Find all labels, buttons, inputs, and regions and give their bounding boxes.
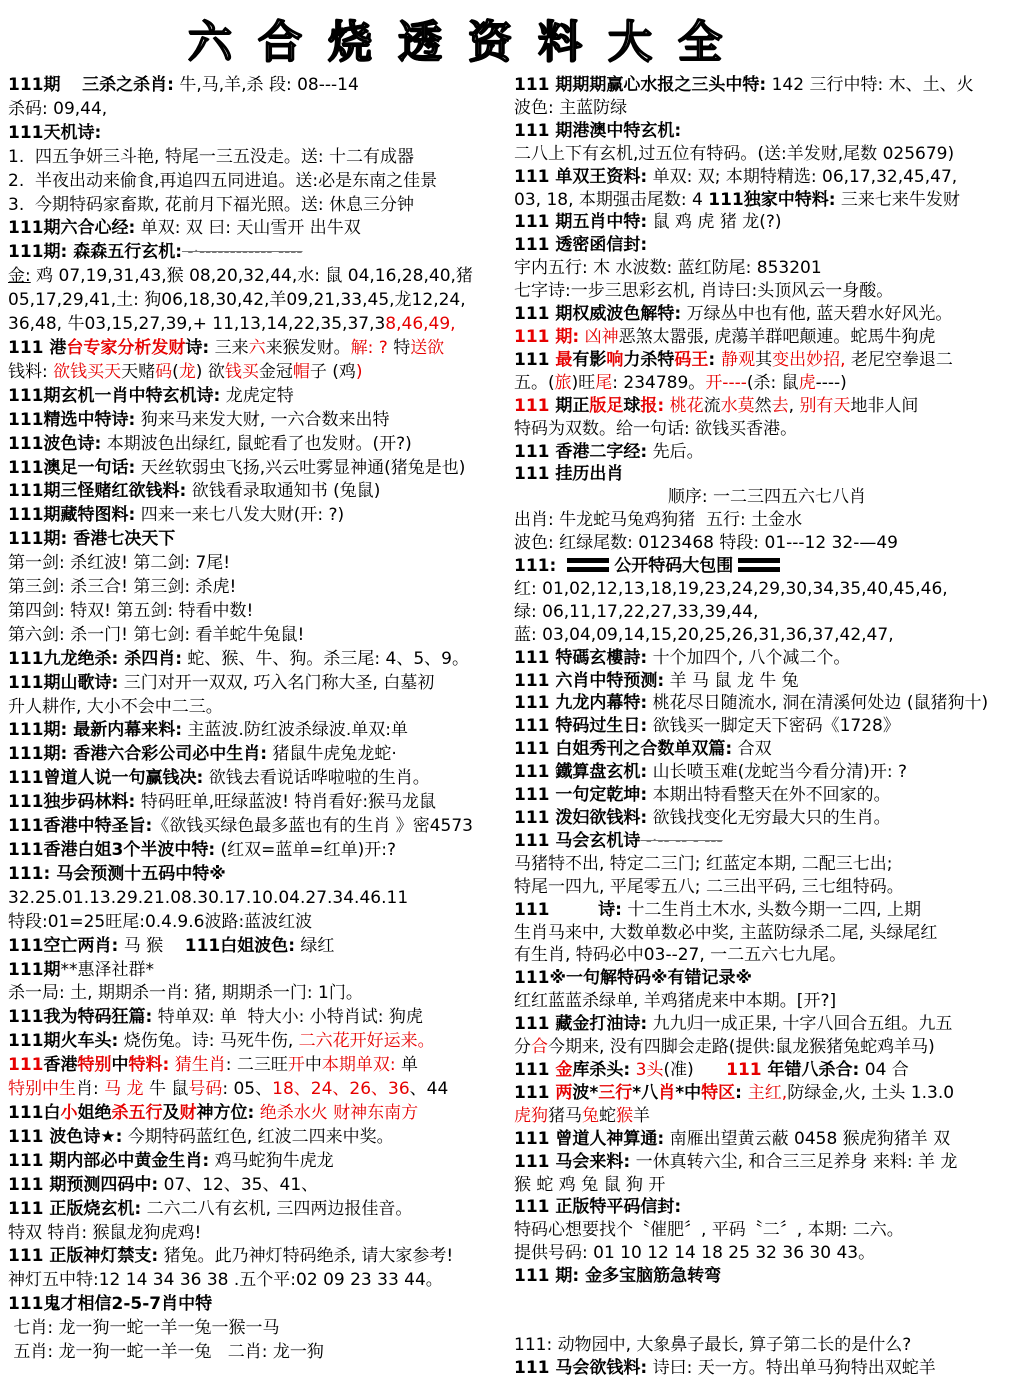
text-segment: 111期: 森森五行玄机:: [8, 242, 182, 262]
text-segment: (: [172, 362, 179, 382]
text-line: 111 鐵算盘玄机: 山长喷玉难(龙蛇当今看分清)开: ?: [514, 761, 1020, 784]
text-segment: 合: [531, 1037, 548, 1057]
text-segment: 七字诗:一步三思彩玄机, 肖诗曰:头顶风云一身酸。: [514, 281, 893, 301]
text-line: 111 透密函信封:: [514, 234, 1020, 257]
text-segment: 111期: [8, 960, 61, 980]
text-line: 111 九龙内幕特: 桃花尽日随流水, 洞在清溪何处边 (鼠猪狗十): [514, 692, 1020, 715]
text-segment: :: [708, 350, 721, 370]
text-segment: 111 马会玄机诗: [514, 831, 640, 851]
text-line: 111期藏特图料: 四来一来七八发大财(开: ?): [8, 504, 514, 528]
text-segment: 波色: 主蓝防绿: [514, 98, 627, 118]
text-segment: 神灯五中特:12 14 34 36 38 .五个平:02 09 23 33 44…: [8, 1270, 443, 1290]
text-line: 111 期期期赢心水报之三头中特: 142 三行中特: 木、土、火: [514, 74, 1020, 97]
text-line: 金: 鸡 07,19,31,43,猴 08,20,32,44,水: 鼠 04,1…: [8, 265, 514, 289]
text-segment: 分: [514, 1037, 531, 1057]
text-line: 111精选中特诗: 狗来马来发大财, 一六合数来出特: [8, 409, 514, 433]
text-segment: 绿红: [295, 936, 334, 956]
text-segment: 牛 鼠: [149, 1079, 188, 1099]
text-line: 111 特碼玄樓詩: 十个加四个, 八个减二个。: [514, 647, 1020, 670]
text-line: 马猪特不出, 特定二三门; 红蓝定本期, 二配三七出;: [514, 853, 1020, 876]
text-segment: 绿: 06,11,17,22,27,33,39,44,: [514, 602, 758, 622]
text-line: 111 特码过生日: 欲钱买一脚定天下密码《1728》: [514, 715, 1020, 738]
text-line: 神灯五中特:12 14 34 36 38 .五个平:02 09 23 33 44…: [8, 1269, 514, 1293]
text-segment: 肖:: [76, 1079, 104, 1099]
text-segment: 111九龙绝杀: 杀四肖:: [8, 649, 182, 669]
text-segment: 猴 蛇 鸡 兔 鼠 狗 开: [514, 1175, 665, 1195]
text-segment: 诗曰: 天一方。特出单马狗特出双蛇羊: [647, 1358, 936, 1378]
text-line: 第四剑: 特双! 第五剑: 特看中数!: [8, 600, 514, 624]
text-segment: 特尾一四九, 平尾零五八; 二三出平码, 三七组特码。: [514, 877, 904, 897]
text-segment: 升人耕作, 大小不会中二三。: [8, 697, 223, 717]
text-segment: 出肖: 牛龙蛇马兔鸡狗猪 五行: 土金水: [514, 510, 802, 530]
text-line: 111 金库杀头: 3头(准) 111 年错八杀合: 04 合: [514, 1059, 1020, 1082]
heavy-bar-icon: [567, 558, 609, 572]
text-segment: 防绿金,火, 土头 1.3.0: [787, 1083, 954, 1103]
text-line: 111 期港澳中特玄机:: [514, 120, 1020, 143]
text-line: 绿: 06,11,17,22,27,33,39,44,: [514, 601, 1020, 624]
text-segment: 03, 18, 本期强击尾数: 4: [514, 190, 708, 210]
text-segment: 111:: [514, 556, 562, 576]
text-segment: 年错八杀合:: [768, 1060, 860, 1080]
text-line: 升人耕作, 大小不会中二三。: [8, 696, 514, 720]
text-segment: 111白: [8, 1103, 61, 1123]
text-segment: 2. 半夜出动来偷食,再追四五同进追。送:必是东南之佳景: [8, 171, 437, 191]
text-segment: 欲钱找变化无穷最大只的生肖。: [647, 808, 890, 828]
text-segment: 三来: [209, 338, 248, 358]
text-line: 111澳足一句话: 天丝软弱虫飞扬,兴云吐雾显神通(猪兔是也): [8, 457, 514, 481]
text-segment: 欲钱去看说话哗啦啦的生肖。: [203, 768, 429, 788]
text-line: 111香港白姐3个半波中特: (红双=蓝单=红单)开:?: [8, 839, 514, 863]
text-segment: 111期: 香港七决天下: [8, 529, 175, 549]
text-segment: 版足: [589, 396, 623, 416]
text-segment: 单: [396, 1055, 418, 1075]
text-segment: 山长喷玉难(龙蛇当今看分清)开: ?: [647, 762, 907, 782]
text-segment: 111我为特码狂篇:: [8, 1007, 152, 1027]
text-segment: 帽: [293, 362, 310, 382]
page-title: 六合烧透资料大全: [188, 6, 748, 70]
text-segment: 财: [180, 1103, 197, 1123]
text-segment: 蓝: 03,04,09,14,15,20,25,26,31,36,37,42,4…: [514, 625, 894, 645]
text-segment: 111鬼才相信2-5-7肖中特: [8, 1294, 212, 1314]
text-segment: 111 鐵算盘玄机:: [514, 762, 647, 782]
text-segment: 马 猴: [118, 936, 184, 956]
text-segment: 111 白姐秀刊之合数单双篇:: [514, 739, 732, 759]
text-line: 生肖马来中, 大数单数必中奖, 主蓝防绿杀二尾, 头绿尾红: [514, 922, 1020, 945]
text-line: 111白小姐绝杀五行及财神方位: 绝杀水火 财神东南方: [8, 1102, 514, 1126]
text-segment: 主蓝波.防红波杀绿波.单双:单: [182, 720, 408, 740]
text-segment: (红双=蓝单=红单)开:?: [215, 840, 396, 860]
text-segment: 猪马: [548, 1106, 582, 1126]
text-segment: 凶神: [579, 327, 618, 347]
text-segment: 特码心想要找个〝催肥〞, 平码〝二〞, 本期: 二六。: [514, 1220, 904, 1240]
text-segment: 111期: 香港六合彩公司必中生肖:: [8, 744, 267, 764]
text-line: 五肖: 龙一狗一蛇一羊一兔 二肖: 龙一狗: [8, 1341, 514, 1365]
text-segment: 111 期权威波色解特:: [514, 304, 681, 324]
text-segment: 111澳足一句话:: [8, 458, 135, 478]
text-segment: 111期: 最新内幕来料:: [8, 720, 182, 740]
text-line: 有生肖, 特码必中03--27, 一二五六七九尾。: [514, 944, 1020, 967]
text-segment: 开: [288, 1055, 305, 1075]
text-segment: 111 期五肖中特:: [514, 212, 647, 232]
text-segment: 天丝软弱虫飞扬,兴云吐雾显神通(猪兔是也): [135, 458, 465, 478]
text-segment: 码: [155, 362, 172, 382]
text-segment: 万绿丛中也有他, 蓝天碧水好风光。: [681, 304, 952, 324]
text-line: 36,48, 牛03,15,27,39,+ 11,13,14,22,35,37,…: [8, 313, 514, 337]
text-line: 111期**惠泽社群*: [8, 959, 514, 983]
text-segment: 三行: [598, 1083, 632, 1103]
text-line: 111期火车头: 烧伤兔。诗: 马死牛伤, 二六花开好运来。: [8, 1030, 514, 1054]
text-segment: 四来一来七八发大财(开: ?): [135, 505, 344, 525]
text-segment: ----): [816, 373, 847, 393]
text-line: 111九龙绝杀: 杀四肖: 蛇、猴、牛、狗。杀三尾: 4、5、9。: [8, 648, 514, 672]
text-segment: 142 三行中特: 木、土、火: [766, 75, 973, 95]
text-segment: 111: [514, 396, 555, 416]
text-segment: 111※一句解特码※有错记录※: [514, 968, 752, 988]
text-line: 111 正版烧玄机: 二六二八有玄机, 三四两边报佳音。: [8, 1198, 514, 1222]
text-segment: (准): [663, 1060, 726, 1080]
text-segment: 07、12、35、41、: [158, 1175, 318, 1195]
text-segment: 111 正版特平码信封:: [514, 1197, 681, 1217]
text-segment: 去: [772, 396, 789, 416]
text-line: 111 泼妇欲钱料: 欲钱找变化无穷最大只的生肖。: [514, 807, 1020, 830]
text-segment: 静观: [721, 350, 755, 370]
text-segment: 111 期预测四码中:: [8, 1175, 158, 1195]
text-segment: 五肖: 龙一狗一蛇一羊一兔 二肖: 龙一狗: [8, 1342, 324, 1362]
text-segment: 3头: [630, 1060, 663, 1080]
text-segment: 猪鼠牛虎兔龙蛇·: [267, 744, 397, 764]
text-segment: 十二生肖土木水, 头数今期一二四, 上期: [622, 900, 921, 920]
text-line: 第六剑: 杀一门! 第七剑: 看羊蛇牛兔鼠!: [8, 624, 514, 648]
text-segment: 第四剑: 特双! 第五剑: 特看中数!: [8, 601, 253, 621]
text-line: 波色: 红绿尾数: 0123468 特段: 01---12 32-—49: [514, 532, 1020, 555]
text-segment: 响: [606, 350, 623, 370]
text-segment: 金:: [8, 266, 31, 286]
text-segment: [61, 75, 83, 95]
text-line: 虎狗猪马兔蛇猴羊: [514, 1105, 1020, 1128]
text-segment: 特段:01=25旺尾:0.4.9.6波路:蓝波红波: [8, 912, 312, 932]
text-segment: 111期藏特图料:: [8, 505, 135, 525]
text-segment: 111: [514, 350, 555, 370]
text-segment: 本期波色出绿红, 鼠蛇看了也发财。(开?): [101, 434, 412, 454]
text-segment: *八: [632, 1083, 658, 1103]
text-line: 七字诗:一步三思彩玄机, 肖诗曰:头顶风云一身酸。: [514, 280, 1020, 303]
text-segment: 第一剑: 杀红波! 第二剑: 7尾!: [8, 553, 230, 573]
text-segment: 红红蓝蓝杀绿单, 羊鸡猪虎来中本期。[开?]: [514, 991, 836, 1011]
text-segment: 流: [704, 396, 721, 416]
text-segment: 111 马会来料:: [514, 1152, 630, 1172]
text-segment: 猜生肖: [169, 1055, 225, 1075]
text-line: 五。(旅)旺尾: 234789。开----(杀: 鼠虎----): [514, 372, 1020, 395]
text-segment: 龙: [179, 362, 196, 382]
text-line: 顺序: 一二三四五六七八肖: [514, 486, 1020, 509]
text-segment: 金: [555, 1060, 572, 1080]
text-segment: 九九归一成正果, 十字八回合五组。九五: [647, 1014, 952, 1034]
text-line: 111 期: 金多宝脑筋急转弯: [514, 1265, 1020, 1288]
text-segment: 地非人间: [850, 396, 918, 416]
text-segment: 水莫: [721, 396, 755, 416]
text-segment: 111独家中特料:: [708, 190, 835, 210]
text-segment: 111 藏金打油诗:: [514, 1014, 647, 1034]
text-segment: 送欲: [410, 338, 444, 358]
text-line: 111 一句定乾坤: 本期出特看整天在外不回家的。: [514, 784, 1020, 807]
text-segment: 今期特码蓝红色, 红波二四来中奖。: [122, 1127, 393, 1147]
text-segment: 天赌: [121, 362, 155, 382]
text-segment: 鼠 鸡 虎 猪 龙(?): [647, 212, 781, 232]
text-segment: 111 特碼玄樓詩:: [514, 648, 647, 668]
text-line: 第一剑: 杀红波! 第二剑: 7尾!: [8, 552, 514, 576]
text-segment: 《欲钱买绿色最多蓝也有的生肖 》密4573: [152, 816, 473, 836]
text-segment: 球: [623, 396, 640, 416]
text-line: 111: 动物园中, 大象鼻子最长, 算子第二长的是什么?: [514, 1334, 1020, 1357]
text-segment: 金冠: [259, 362, 293, 382]
text-segment: 南雁出望黄云蔽 0458 猴虎狗猪羊 双: [664, 1129, 950, 1149]
text-segment: 8,46,49,: [385, 314, 455, 334]
text-segment: 111期玄机一肖中特玄机诗:: [8, 386, 220, 406]
text-segment: 111 香港二字经:: [514, 442, 647, 462]
text-line: 111: 公开特码大包围: [514, 555, 1020, 578]
text-segment: 虎狗: [514, 1106, 548, 1126]
text-line: 111 期内部必中黄金生肖: 鸡马蛇狗牛虎龙: [8, 1150, 514, 1174]
text-line: 特段:01=25旺尾:0.4.9.6波路:蓝波红波: [8, 911, 514, 935]
text-segment: 鸡马蛇狗牛虎龙: [209, 1151, 333, 1171]
text-segment: 天: [833, 396, 850, 416]
text-segment: 鸡 07,19,31,43,猴 08,20,32,44,水: 鼠 04,16,2…: [31, 266, 473, 286]
text-segment: 三门对开一双双, 巧入名门称大圣, 白墓初: [118, 673, 434, 693]
text-segment: 特单双: 单 特大小: 小特肖试: 狗虎: [152, 1007, 423, 1027]
text-segment: 猪兔。此乃神灯特码绝杀, 请大家参考!: [158, 1246, 453, 1266]
text-segment: 18、24、26、36: [272, 1079, 410, 1099]
text-line: 111 曾道人神算通: 南雁出望黄云蔽 0458 猴虎狗猪羊 双: [514, 1128, 1020, 1151]
text-segment: 111期: [8, 75, 61, 95]
text-segment: 一休真转六尘, 和合三三足养身 来料: 羊 龙: [630, 1152, 957, 1172]
text-line: 111 正版神灯禁支: 猪兔。此乃神灯特码绝杀, 请大家参考!: [8, 1245, 514, 1269]
text-segment: 单双: 双 曰: 天山雪开 出牛双: [135, 218, 360, 238]
text-segment: 中: [305, 1055, 322, 1075]
text-segment: 111: [514, 1060, 555, 1080]
text-segment: 单双: 双; 本期特精选: 06,17,32,45,47,: [647, 167, 957, 187]
text-line: 猴 蛇 鸡 兔 鼠 狗 开: [514, 1174, 1020, 1197]
text-segment: 最: [555, 350, 572, 370]
text-segment: -·------------ ----: [182, 242, 303, 262]
text-segment: 1. 四五争妍三斗艳, 特尾一三五没走。送: 十二有成器: [8, 147, 414, 167]
text-line: 03, 18, 本期强击尾数: 4 111独家中特料: 三来七来牛发财: [514, 189, 1020, 212]
text-segment: 111 期期期赢心水报之三头中特:: [514, 75, 766, 95]
text-line: 111 期五肖中特: 鼠 鸡 虎 猪 龙(?): [514, 211, 1020, 234]
text-line: 111期三怪赌红欲钱料: 欲钱看录取通知书 (兔鼠): [8, 480, 514, 504]
text-segment: 特料:: [129, 1055, 170, 1075]
text-line: [514, 1288, 1020, 1311]
text-segment: 特: [393, 338, 410, 358]
text-segment: 第三剑: 杀三合! 第三剑: 杀虎!: [8, 577, 236, 597]
text-segment: 111: [514, 900, 550, 920]
text-segment: 羊 马 鼠 龙 牛 兔: [664, 671, 798, 691]
text-segment: 力杀特: [623, 350, 674, 370]
text-line: 111 期预测四码中: 07、12、35、41、: [8, 1174, 514, 1198]
text-segment: )旺: [572, 373, 596, 393]
text-segment: 牛,马,羊,杀 段: 08---14: [174, 75, 359, 95]
text-segment: 蛇: [599, 1106, 616, 1126]
text-segment: 其: [755, 350, 772, 370]
text-line: 111 波色诗★: 今期特码蓝红色, 红波二四来中奖。: [8, 1126, 514, 1150]
text-segment: 111 六肖中特预测:: [514, 671, 664, 691]
text-segment: 烧伤兔。诗: 马死牛伤,: [118, 1031, 298, 1051]
text-segment: 有生肖, 特码必中03--27, 一二五六七九尾。: [514, 945, 846, 965]
text-line: 111 两波*三行*八肖*中特区: 主红,防绿金,火, 土头 1.3.0: [514, 1082, 1020, 1105]
text-line: 111天机诗:: [8, 122, 514, 146]
text-segment: 猴: [616, 1106, 633, 1126]
text-line: 111 单双王资料: 单双: 双; 本期特精选: 06,17,32,45,47,: [514, 166, 1020, 189]
text-segment: 尾: [595, 373, 612, 393]
text-segment: 香港: [44, 1055, 78, 1075]
text-segment: 来猴发财。: [266, 338, 351, 358]
text-segment: 111 一句定乾坤:: [514, 785, 647, 805]
text-segment: 公开特码大包围: [614, 556, 733, 576]
text-segment: 诗:: [598, 900, 622, 920]
text-line: 111 正版特平码信封:: [514, 1196, 1020, 1219]
text-segment: 号码: [188, 1079, 222, 1099]
lottery-tip-sheet-page: 六合烧透资料大全 111期 三杀之杀肖: 牛,马,羊,杀 段: 08---14杀…: [0, 0, 1020, 1388]
text-line: 特双 特肖: 猴鼠龙狗虎鸡!: [8, 1222, 514, 1246]
text-segment: 111 九龙内幕特:: [514, 693, 647, 713]
text-segment: 111香港中特圣旨:: [8, 816, 152, 836]
text-segment: 111期火车头:: [8, 1031, 118, 1051]
text-segment: 111精选中特诗:: [8, 410, 135, 430]
text-segment: 报:: [640, 396, 664, 416]
text-segment: 04 合: [859, 1060, 908, 1080]
text-line: 蓝: 03,04,09,14,15,20,25,26,31,36,37,42,4…: [514, 624, 1020, 647]
text-segment: 111 曾道人神算通:: [514, 1129, 664, 1149]
text-line: 出肖: 牛龙蛇马兔鸡狗猪 五行: 土金水: [514, 509, 1020, 532]
text-line: 特码为双数。给一句话: 欲钱买香港。: [514, 418, 1020, 441]
text-segment: 特区: [701, 1083, 735, 1103]
text-segment: 老尼空拳退二: [846, 350, 953, 370]
text-line: 波色: 主蓝防绿: [514, 97, 1020, 120]
text-segment: 111 挂历出肖: [514, 464, 623, 484]
text-segment: 兔: [582, 1106, 599, 1126]
text-segment: (杀: 鼠: [747, 373, 799, 393]
text-line: 111 六肖中特预测: 羊 马 鼠 龙 牛 兔: [514, 670, 1020, 693]
text-segment: 然: [755, 396, 772, 416]
text-segment: 十个加四个, 八个减二个。: [647, 648, 850, 668]
text-segment: 狗来马来发大财, 一六合数来出特: [135, 410, 389, 430]
text-segment: 111 港: [8, 338, 66, 358]
text-segment: 111白姐波色:: [185, 936, 295, 956]
text-segment: 三杀之杀肖:: [82, 75, 174, 95]
heavy-bar-icon: [738, 558, 780, 572]
text-segment: 111: 动物园中, 大象鼻子最长, 算子第二长的是什么?: [514, 1335, 911, 1355]
text-segment: 111期六合心经:: [8, 218, 135, 238]
text-segment: 合双: [732, 739, 771, 759]
text-segment: 111曾道人说一句赢钱决:: [8, 768, 203, 788]
text-line: 111期六合心经: 单双: 双 曰: 天山雪开 出牛双: [8, 217, 514, 241]
text-segment: ,: [789, 396, 800, 416]
text-line: 3. 今期特码家畜欺, 花前月下福光照。送: 休息三分钟: [8, 194, 514, 218]
text-line: 钱料: 欲钱买天天赌码(龙) 欲钱买金冠帽子 (鸡): [8, 361, 514, 385]
text-segment: 绝杀水火 财神东南方: [254, 1103, 418, 1123]
text-line: 111 港台专家分析发财诗: 三来六来猴发财。解: ? 特送欲: [8, 337, 514, 361]
text-segment: 3. 今期特码家畜欺, 花前月下福光照。送: 休息三分钟: [8, 195, 414, 215]
text-line: 111 藏金打油诗: 九九归一成正果, 十字八回合五组。九五: [514, 1013, 1020, 1036]
text-segment: 波*: [572, 1083, 598, 1103]
text-segment: 解: ?: [351, 338, 394, 358]
text-line: 111 马会欲钱料: 诗曰: 天一方。特出单马狗特出双蛇羊: [514, 1357, 1020, 1380]
text-line: 第三剑: 杀三合! 第三剑: 杀虎!: [8, 576, 514, 600]
text-segment: 特别: [78, 1055, 112, 1075]
text-segment: 马 龙: [104, 1079, 149, 1099]
text-segment: 111 期内部必中黄金生肖:: [8, 1151, 209, 1171]
text-segment: 111 波色诗★:: [8, 1127, 122, 1147]
text-segment: 欲钱买天: [53, 362, 121, 382]
text-line: 红: 01,02,12,13,18,19,23,24,29,30,34,35,4…: [514, 578, 1020, 601]
text-line: 111 最有影响力杀特码王: 静观其变出妙招, 老尼空拳退二: [514, 349, 1020, 372]
text-segment: [550, 900, 599, 920]
text-line: 111 白姐秀刊之合数单双篇: 合双: [514, 738, 1020, 761]
text-segment: 杀一局: 土, 期期杀一肖: 猪, 期期杀一门: 1门。: [8, 983, 363, 1003]
text-line: 111波色诗: 本期波色出绿红, 鼠蛇看了也发财。(开?): [8, 433, 514, 457]
text-segment: 中: [112, 1055, 129, 1075]
text-segment: 期正: [555, 396, 589, 416]
text-line: 111 期权威波色解特: 万绿丛中也有他, 蓝天碧水好风光。: [514, 303, 1020, 326]
text-line: 特别中生肖: 马 龙 牛 鼠号码: 05、18、24、26、36、44: [8, 1078, 514, 1102]
text-line: 111期: 香港六合彩公司必中生肖: 猪鼠牛虎兔龙蛇·: [8, 743, 514, 767]
text-segment: 钱料:: [8, 362, 53, 382]
text-segment: 桃花: [664, 396, 703, 416]
text-segment: 码王: [674, 350, 708, 370]
text-segment: 小: [61, 1103, 78, 1123]
text-line: 111 挂历出肖: [514, 463, 1020, 486]
text-segment: 龙虎定特: [220, 386, 293, 406]
text-line: 05,17,29,41,土: 狗06,18,30,42,羊09,21,33,45…: [8, 289, 514, 313]
text-segment: 特双 特肖: 猴鼠龙狗虎鸡!: [8, 1223, 201, 1243]
text-line: 特尾一四九, 平尾零五八; 二三出平码, 三七组特码。: [514, 876, 1020, 899]
text-segment: 111 特码过生日:: [514, 716, 647, 736]
text-segment: 111空亡两肖:: [8, 936, 118, 956]
text-line: 111期: 最新内幕来料: 主蓝波.防红波杀绿波.单双:单: [8, 719, 514, 743]
text-segment: 诗:: [185, 338, 209, 358]
text-segment: 波色: 红绿尾数: 0123468 特段: 01---12 32-—49: [514, 533, 898, 553]
text-segment: 二八上下有玄机,过五位有特码。(送:羊发财,尾数 025679): [514, 144, 954, 164]
text-line: 111 香港二字经: 先后。: [514, 441, 1020, 464]
text-segment: 别有: [799, 396, 833, 416]
text-segment: 变出妙招,: [772, 350, 845, 370]
text-line: 分合今期来, 没有四脚会走路(提供:鼠龙猴猪兔蛇鸡羊马): [514, 1036, 1020, 1059]
text-segment: 五。(: [514, 373, 555, 393]
text-segment: 111: 马会预测十五码中特※: [8, 864, 226, 884]
text-segment: 32.25.01.13.29.21.08.30.17.10.04.27.34.4…: [8, 888, 408, 908]
text-segment: 第六剑: 杀一门! 第七剑: 看羊蛇牛兔鼠!: [8, 625, 304, 645]
text-segment: 111 马会欲钱料:: [514, 1358, 647, 1378]
text-segment: 本期: [322, 1055, 356, 1075]
text-segment: 桃花尽日随流水, 洞在清溪何处边 (鼠猪狗十): [647, 693, 988, 713]
text-segment: 特别中生: [8, 1079, 76, 1099]
text-line: 111 期正版足球报: 桃花流水莫然去, 别有天地非人间: [514, 395, 1020, 418]
text-line: 杀码: 09,44,: [8, 98, 514, 122]
text-segment: : 二三旺: [226, 1055, 288, 1075]
text-line: 111期玄机一肖中特玄机诗: 龙虎定特: [8, 385, 514, 409]
text-segment: 台专家分析发财: [66, 338, 185, 358]
text-segment: 、44: [410, 1079, 449, 1099]
text-line: 2. 半夜出动来偷食,再追四五同进追。送:必是东南之佳景: [8, 170, 514, 194]
text-segment: 开----: [705, 373, 747, 393]
text-segment: ): [356, 362, 363, 382]
text-line: 红红蓝蓝杀绿单, 羊鸡猪虎来中本期。[开?]: [514, 990, 1020, 1013]
text-segment: 神方位:: [197, 1103, 255, 1123]
text-segment: -·-- -- - ---: [640, 831, 722, 851]
text-segment: 姐绝: [78, 1103, 112, 1123]
text-segment: 111 期港澳中特玄机:: [514, 121, 681, 141]
text-segment: 蛇、猴、牛、狗。杀三尾: 4、5、9。: [182, 649, 469, 669]
text-line: 111鬼才相信2-5-7肖中特: [8, 1293, 514, 1317]
